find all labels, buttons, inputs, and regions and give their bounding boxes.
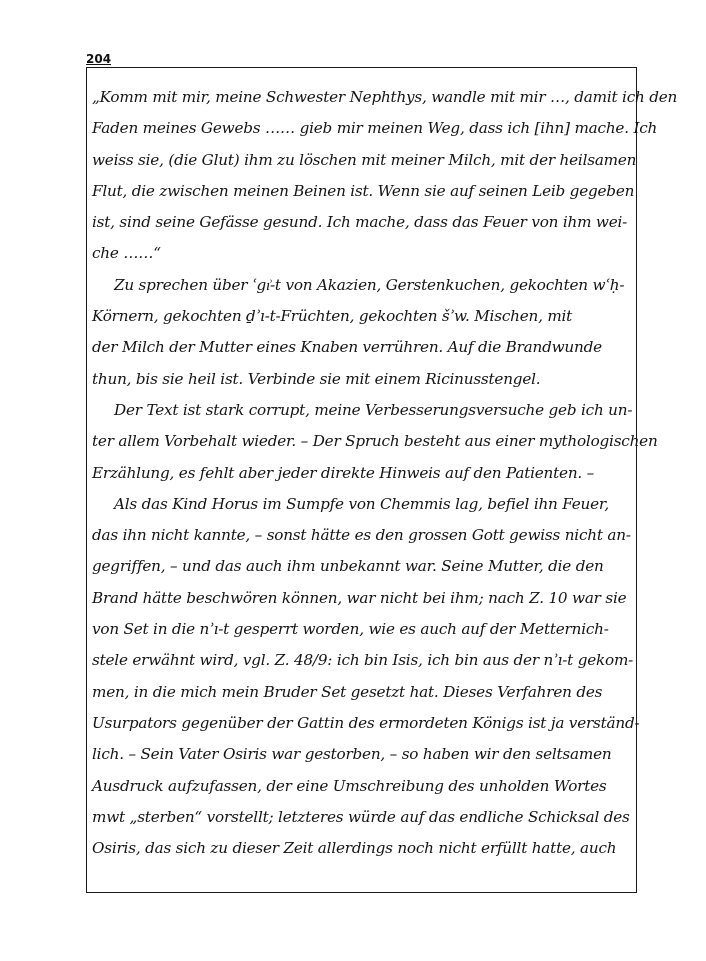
paragraph-start-line: Als das Kind Horus im Sumpfe von Chemmis… — [92, 489, 637, 520]
text-line: von Set in die nʾı-t gesperrt worden, wi… — [92, 614, 637, 645]
text-line: men, in die mich mein Bruder Set gesetzt… — [92, 677, 637, 708]
text-line: Ausdruck aufzufassen, der eine Umschreib… — [92, 771, 637, 802]
paragraph-start-line: Der Text ist stark corrupt, meine Verbes… — [92, 395, 637, 426]
text-line: „Komm mit mir, meine Schwester Nephthys,… — [92, 82, 637, 113]
text-line: lich. – Sein Vater Osiris war gestorben,… — [92, 739, 637, 770]
text-line: ist, sind seine Gefässe gesund. Ich mach… — [92, 207, 637, 238]
page-number: 204 — [86, 52, 111, 66]
text-line: Körnern, gekochten ḏʾı-t-Früchten, gekoc… — [92, 301, 637, 332]
text-line: stele erwähnt wird, vgl. Z. 48/9: ich bi… — [92, 645, 637, 676]
text-line: Flut, die zwischen meinen Beinen ist. We… — [92, 176, 637, 207]
text-line: Erzählung, es fehlt aber jeder direkte H… — [92, 458, 637, 489]
text-line: ter allem Vorbehalt wieder. – Der Spruch… — [92, 426, 637, 457]
text-line: gegriffen, – und das auch ihm unbekannt … — [92, 551, 637, 582]
text-line: Usurpators gegenüber der Gattin des ermo… — [92, 708, 637, 739]
text-line: Brand hätte beschwören können, war nicht… — [92, 583, 637, 614]
text-line: thun, bis sie heil ist. Verbinde sie mit… — [92, 364, 637, 395]
text-line: das ihn nicht kannte, – sonst hätte es d… — [92, 520, 637, 551]
text-line: Osiris, das sich zu dieser Zeit allerdin… — [92, 833, 637, 864]
text-line: mwt „sterben“ vorstellt; letzteres würde… — [92, 802, 637, 833]
text-line: der Milch der Mutter eines Knaben verrüh… — [92, 332, 637, 363]
text-line: che ……“ — [92, 238, 637, 269]
text-line: weiss sie, (die Glut) ihm zu löschen mit… — [92, 145, 637, 176]
paragraph-start-line: Zu sprechen über ʿgı͗-t von Akazien, Ger… — [92, 270, 637, 301]
handwritten-text-block: „Komm mit mir, meine Schwester Nephthys,… — [92, 82, 637, 864]
text-line: Faden meines Gewebs …… gieb mir meinen W… — [92, 113, 637, 144]
